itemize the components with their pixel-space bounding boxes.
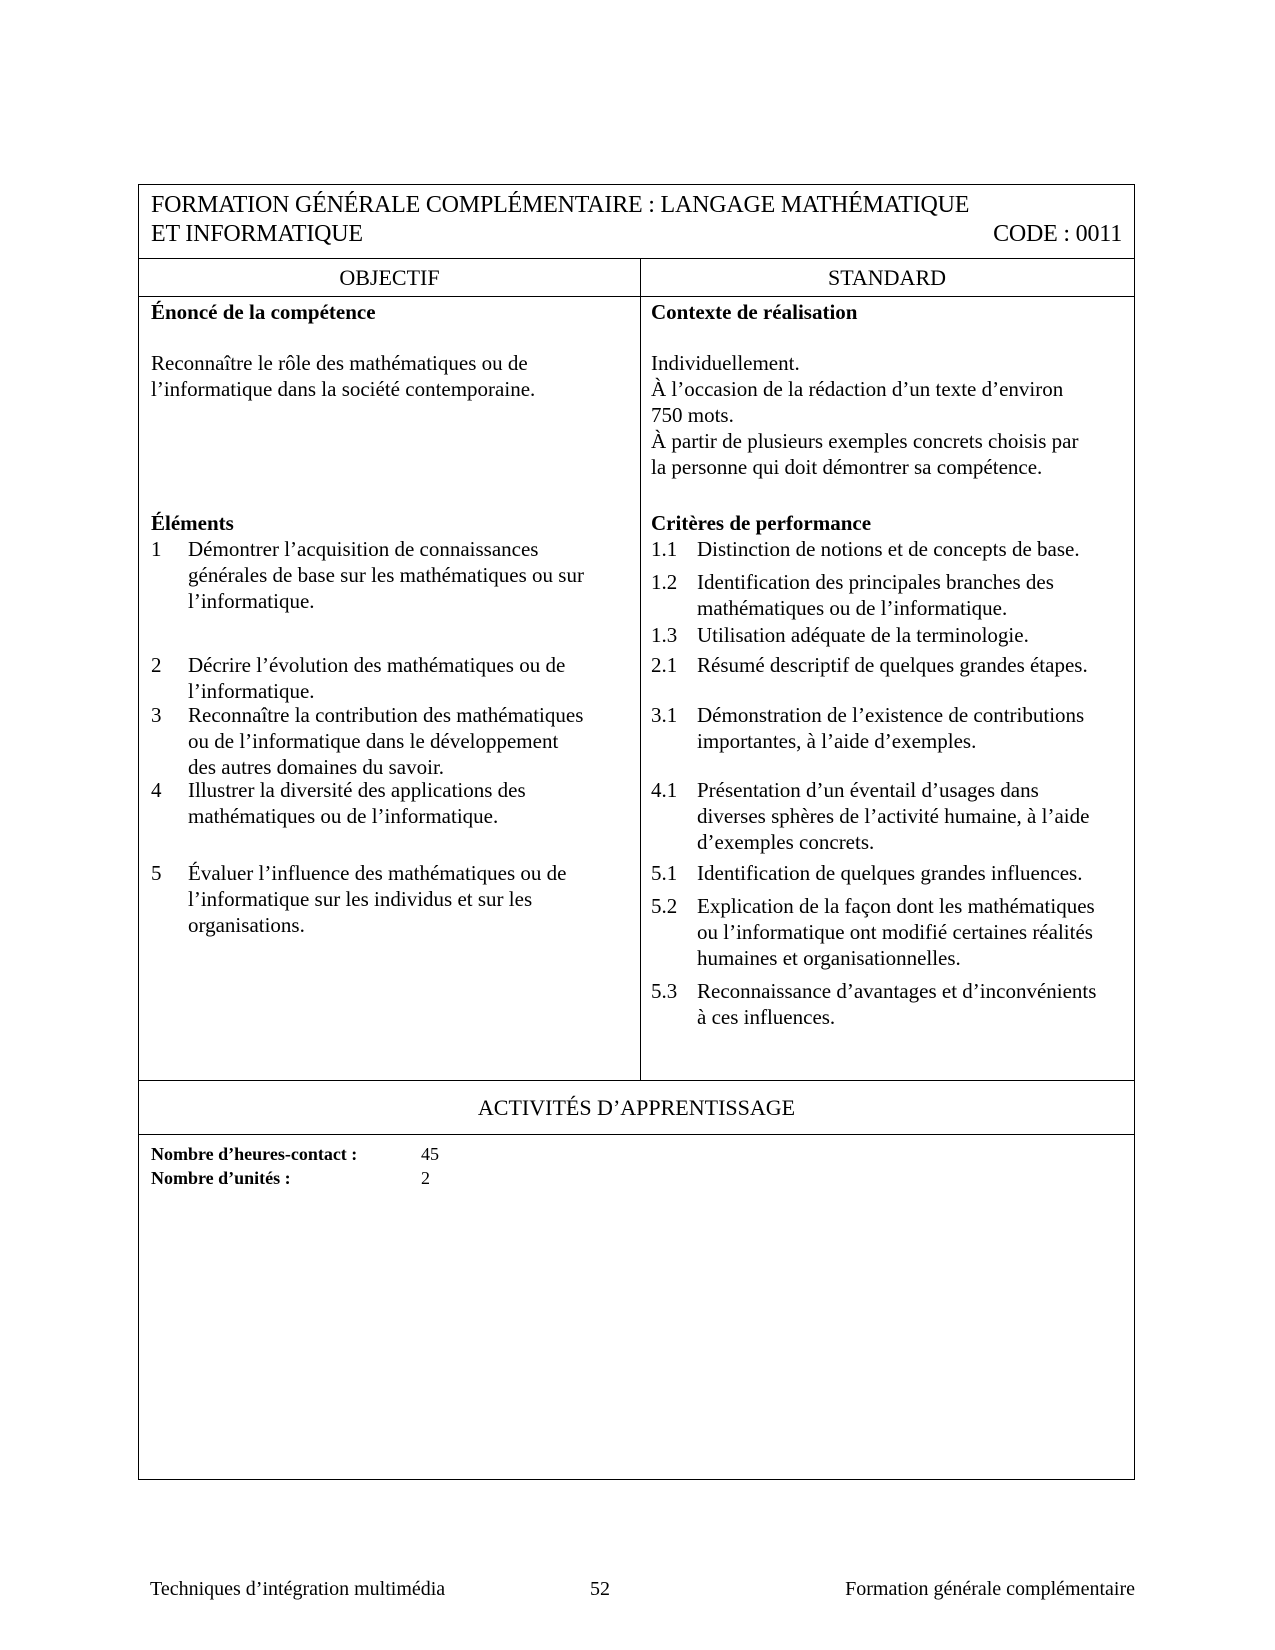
contexte-line: la personne qui doit démontrer sa compét… <box>651 454 1042 480</box>
title-line-2: ET INFORMATIQUE <box>151 220 1122 249</box>
unites-label: Nombre d’unités : <box>151 1166 291 1190</box>
table-title: FORMATION GÉNÉRALE COMPLÉMENTAIRE : LANG… <box>151 191 1122 249</box>
page-number: 52 <box>590 1576 610 1602</box>
critere-text: Utilisation adéquate de la terminologie. <box>697 622 1137 648</box>
title-line-1: FORMATION GÉNÉRALE COMPLÉMENTAIRE : LANG… <box>151 191 1122 220</box>
critere-number: 2.1 <box>651 652 677 678</box>
critere-number: 3.1 <box>651 702 677 728</box>
element-text: Illustrer la diversité des applications … <box>188 777 618 829</box>
enonce-heading: Énoncé de la compétence <box>151 299 376 325</box>
footer-left: Techniques d’intégration multimédia <box>150 1576 445 1602</box>
footer-right: Formation générale complémentaire <box>845 1576 1135 1602</box>
contexte-line: 750 mots. <box>651 402 734 428</box>
course-code: CODE : 0011 <box>993 220 1122 249</box>
element-text: Évaluer l’influence des mathématiques ou… <box>188 860 618 938</box>
critere-text: Identification de quelques grandes influ… <box>697 860 1137 886</box>
critere-text: Présentation d’un éventail d’usages dans… <box>697 777 1137 855</box>
critere-number: 1.3 <box>651 622 677 648</box>
element-number: 5 <box>151 860 162 886</box>
element-number: 1 <box>151 536 162 562</box>
element-number: 4 <box>151 777 162 803</box>
critere-number: 5.3 <box>651 978 677 1004</box>
activites-heading: ACTIVITÉS D’APPRENTISSAGE <box>139 1081 1134 1135</box>
divider <box>139 1134 1134 1135</box>
column-divider <box>640 258 641 1080</box>
critere-text: Démonstration de l’existence de contribu… <box>697 702 1137 754</box>
element-text: Reconnaître la contribution des mathémat… <box>188 702 618 780</box>
column-header-objectif: OBJECTIF <box>139 260 640 296</box>
critere-number: 1.2 <box>651 569 677 595</box>
critere-text: Reconnaissance d’avantages et d’inconvén… <box>697 978 1137 1030</box>
contexte-heading: Contexte de réalisation <box>651 299 857 325</box>
critere-number: 5.2 <box>651 893 677 919</box>
critere-text: Identification des principales branches … <box>697 569 1137 621</box>
critere-text: Explication de la façon dont les mathéma… <box>697 893 1137 971</box>
unites-value: 2 <box>421 1166 430 1190</box>
divider <box>139 296 1134 297</box>
critere-text: Distinction de notions et de concepts de… <box>697 536 1137 562</box>
critere-number: 1.1 <box>651 536 677 562</box>
heures-contact-value: 45 <box>421 1142 439 1166</box>
enonce-text-line: Reconnaître le rôle des mathématiques ou… <box>151 350 528 376</box>
elements-heading: Éléments <box>151 510 234 536</box>
contexte-line: À l’occasion de la rédaction d’un texte … <box>651 376 1063 402</box>
element-text: Démontrer l’acquisition de connaissances… <box>188 536 618 614</box>
criteres-heading: Critères de performance <box>651 510 871 536</box>
critere-number: 5.1 <box>651 860 677 886</box>
divider <box>139 258 1134 259</box>
competency-table: FORMATION GÉNÉRALE COMPLÉMENTAIRE : LANG… <box>138 184 1135 1480</box>
contexte-line: Individuellement. <box>651 350 800 376</box>
critere-number: 4.1 <box>651 777 677 803</box>
element-number: 2 <box>151 652 162 678</box>
element-text: Décrire l’évolution des mathématiques ou… <box>188 652 618 704</box>
element-number: 3 <box>151 702 162 728</box>
heures-contact-label: Nombre d’heures-contact : <box>151 1142 357 1166</box>
column-header-standard: STANDARD <box>640 260 1134 296</box>
contexte-line: À partir de plusieurs exemples concrets … <box>651 428 1078 454</box>
enonce-text-line: l’informatique dans la société contempor… <box>151 376 535 402</box>
critere-text: Résumé descriptif de quelques grandes ét… <box>697 652 1137 678</box>
